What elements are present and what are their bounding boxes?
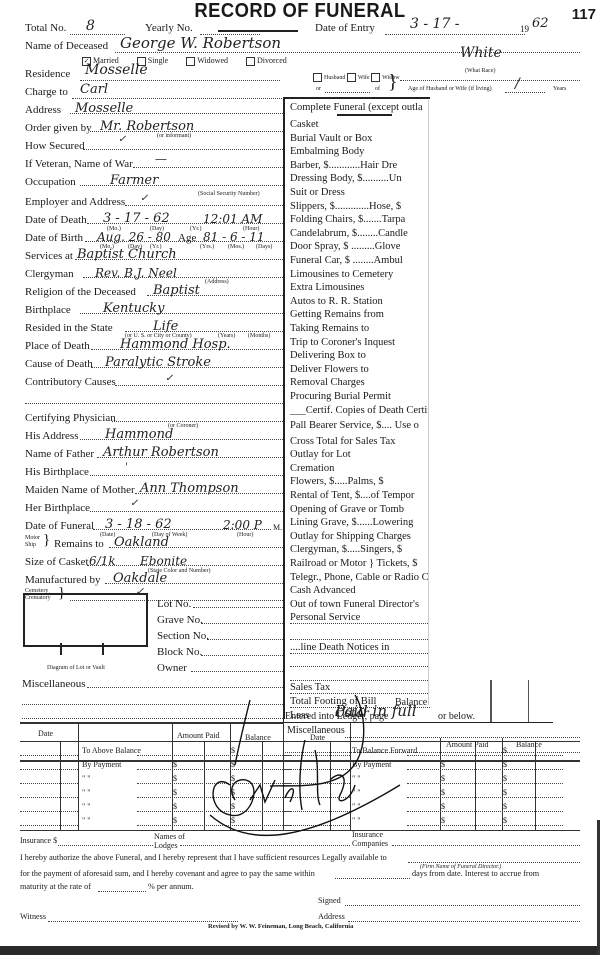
checkbox-husband[interactable] <box>313 73 322 82</box>
left-date-cell[interactable] <box>20 783 78 784</box>
signed-label: Signed <box>318 896 341 905</box>
services-row: Services at Baptist Church <box>25 247 283 263</box>
how-secured-label: How Secured <box>25 140 85 152</box>
right-balance-dollar: $ <box>503 802 507 811</box>
charge-item: Cremation <box>290 463 334 474</box>
charge-item: Suit or Dress <box>290 187 345 198</box>
charge-item: Railroad or Motor } Tickets, $ <box>290 558 418 569</box>
page-number: 117 <box>572 6 596 23</box>
charge-item: Limousines to Cemetery <box>290 269 393 280</box>
order-given-label: Order given by <box>25 122 92 134</box>
paid-signature-scrawl <box>190 690 410 850</box>
cause-of-death-row: Cause of Death Paralytic Stroke <box>25 355 283 371</box>
contributory-row: Contributory Causes ✓ <box>25 373 283 389</box>
race-value[interactable]: White <box>460 45 502 61</box>
signature-value: Paid in full <box>205 796 210 797</box>
order-given-value[interactable]: Mr. Robertson <box>100 119 194 134</box>
remains-value[interactable]: Oakland <box>114 535 169 550</box>
his-birthplace-line <box>90 475 283 476</box>
cause-value[interactable]: Paralytic Stroke <box>105 355 211 370</box>
block-no-row: Block No. <box>157 643 283 659</box>
charge-item: Candelabrum, $........Candle <box>290 228 408 239</box>
how-secured-value[interactable]: ✓ <box>118 134 126 145</box>
charge-item-line[interactable] <box>290 666 430 667</box>
lot-no-label: Lot No. <box>157 598 191 610</box>
his-birthplace-row: His Birthplace ' <box>25 463 283 479</box>
misc-left-line <box>87 687 283 688</box>
block-no-line <box>201 655 283 656</box>
mother-value[interactable]: Ann Thompson <box>140 481 239 496</box>
checkbox-widowed-box[interactable] <box>186 57 195 66</box>
veteran-value[interactable]: — <box>155 152 167 166</box>
charge-item: Embalming Body <box>290 146 364 157</box>
charges-heading-underline <box>337 114 392 116</box>
ledger-tick-2 <box>528 680 529 722</box>
misc-left-row: Miscellaneous <box>22 675 283 691</box>
age-value[interactable]: 81 - 6 - 11 <box>203 230 265 244</box>
religion-row: Religion of the Deceased Baptist <box>25 283 283 299</box>
contributory-value[interactable]: ✓ <box>165 373 173 384</box>
right-amount-line[interactable] <box>407 755 563 756</box>
right-amount-dollar: $ <box>441 816 445 825</box>
date-of-entry-label: Date of Entry <box>315 22 375 34</box>
charge-item: Extra Limousines <box>290 282 364 293</box>
charge-item: Flowers, $.....Palms, $ <box>290 476 384 487</box>
spouse-of: of <box>375 86 380 92</box>
address-label: Address <box>25 104 61 116</box>
name-value[interactable]: George W. Robertson <box>120 34 281 52</box>
right-amount-dollar: $ <box>441 788 445 797</box>
date-of-birth-value[interactable]: Aug. 26 - 80 <box>97 230 171 244</box>
clergyman-label: Clergyman <box>25 268 74 280</box>
physician-label: Certifying Physician <box>25 412 116 424</box>
section-no-row: Section No. <box>157 627 283 643</box>
casket-size-value[interactable]: 6/1k <box>89 554 116 568</box>
right-amount-line[interactable] <box>407 811 563 812</box>
remains-row: Remains to Oakland <box>54 535 283 551</box>
right-amount-line[interactable] <box>407 825 563 826</box>
charges-panel: Complete Funeral (except outla CasketBur… <box>283 97 430 719</box>
spouse-options: Husband Wife Widow <box>313 73 400 82</box>
address-row: Address Mosselle <box>25 101 283 117</box>
funeral-date-label: Date of Funeral <box>25 520 94 532</box>
right-balance-dollar: $ <box>503 816 507 825</box>
charge-item: Getting Remains from <box>290 309 384 320</box>
her-birthplace-value[interactable]: ✓ <box>130 498 138 509</box>
father-label: Name of Father <box>25 448 94 460</box>
date-of-death-value[interactable]: 3 - 17 - 62 <box>103 211 170 226</box>
right-balance-dollar: $ <box>503 746 507 755</box>
left-date-cell[interactable] <box>20 755 78 756</box>
spouse-age-value[interactable]: / <box>515 76 520 92</box>
left-amount-dollar: $ <box>173 774 177 783</box>
left-date-cell[interactable] <box>20 811 78 812</box>
checkbox-wife[interactable] <box>347 73 356 82</box>
mother-label: Maiden Name of Mother <box>25 484 135 496</box>
agreement-line-3b: % per annum. <box>148 882 194 891</box>
witness-line[interactable] <box>48 921 238 922</box>
occupation-value[interactable]: Farmer <box>110 173 158 188</box>
veteran-label: If Veteran, Name of War <box>25 158 133 170</box>
spouse-or: or <box>316 86 321 92</box>
birthplace-value[interactable]: Kentucky <box>103 301 165 316</box>
total-no-label: Total No. <box>25 22 66 34</box>
charge-item: Rental of Tent, $....of Tempor <box>290 490 414 501</box>
charge-item: Cash Advanced <box>290 585 356 596</box>
employer-value[interactable]: ✓ <box>140 193 148 204</box>
lot-diagram-caption: Diagram of Lot or Vault <box>47 665 105 671</box>
spouse-brace: } <box>388 72 398 92</box>
charge-to-value[interactable]: Carl <box>80 82 108 97</box>
resided-value[interactable]: Life <box>153 319 178 334</box>
charge-item: Out of town Funeral Director's <box>290 599 419 610</box>
blank-overlay-paper <box>428 100 600 705</box>
employer-line <box>125 205 283 206</box>
name-label: Name of Deceased <box>25 40 108 52</box>
lot-diagram-gap <box>62 639 102 645</box>
charge-to-line <box>72 98 282 99</box>
funeral-m: M. <box>273 523 282 532</box>
owner-label: Owner <box>157 662 187 674</box>
signer-address-label: Address <box>318 912 345 921</box>
spouse-age-line <box>505 92 545 93</box>
left-row-label: By Payment <box>82 760 121 769</box>
motor-ship-brace: } <box>43 532 50 549</box>
year-prefix: 19 <box>520 24 529 34</box>
charge-item: Taking Remains to <box>290 323 369 334</box>
religion-value[interactable]: Baptist <box>153 283 200 298</box>
agreement-line-2b: days from date. Interest to accrue from <box>412 869 539 878</box>
companies-line <box>392 845 580 846</box>
grave-no-row: Grave No. <box>157 611 283 627</box>
date-of-entry-line <box>385 34 525 35</box>
title-underline <box>218 30 298 32</box>
charge-item: Trip to Coroner's Inquest <box>290 337 395 348</box>
wife-label: Wife <box>358 75 370 81</box>
charge-item: Removal Charges <box>290 377 365 388</box>
physician-line <box>112 421 283 422</box>
father-value[interactable]: Arthur Robertson <box>103 445 219 460</box>
funeral-director-line <box>408 862 580 863</box>
charge-item: Outlay for Lot <box>290 449 351 460</box>
date-of-birth-label: Date of Birth <box>25 232 83 244</box>
charge-item-line[interactable] <box>290 639 430 640</box>
charge-item: Lining Grave, $......Lowering <box>290 517 413 528</box>
charge-item: Autos to R. R. Station <box>290 296 383 307</box>
charge-item: Burial Vault or Box <box>290 133 372 144</box>
checkbox-widowed[interactable]: Widowed <box>186 56 228 65</box>
scan-bottom-edge <box>0 946 600 955</box>
how-secured-row: How Secured ✓ <box>25 137 283 153</box>
charges-heading: Complete Funeral (except outla <box>290 102 423 113</box>
right-header-balance: Balance <box>516 740 542 749</box>
right-amount-dollar: $ <box>441 802 445 811</box>
left-row-label: " " <box>82 816 91 825</box>
charge-item: Folding Chairs, $.......Tarpa <box>290 214 405 225</box>
place-of-death-label: Place of Death <box>25 340 90 352</box>
left-row-label: " " <box>82 788 91 797</box>
right-balance-dollar: $ <box>503 788 507 797</box>
left-header-date: Date <box>38 729 53 738</box>
charge-item-line[interactable] <box>290 623 430 624</box>
left-date-cell[interactable] <box>20 797 78 798</box>
days-line <box>335 878 410 879</box>
right-amount-line[interactable] <box>407 769 563 770</box>
contributory-line-2 <box>25 403 283 404</box>
his-address-row: His Address Hammond <box>25 427 283 443</box>
order-given-row: Order given by Mr. Robertson <box>25 119 283 135</box>
charge-item: Telegr., Phone, Cable or Radio C <box>290 572 429 583</box>
witness-label: Witness <box>20 912 46 921</box>
total-no-value[interactable]: 8 <box>86 18 95 34</box>
widowed-label: Widowed <box>197 56 228 65</box>
his-address-value[interactable]: Hammond <box>105 427 173 442</box>
charge-item: Procuring Burial Permit <box>290 391 391 402</box>
signed-line[interactable] <box>345 905 580 906</box>
casket-style-value[interactable]: Ebonite <box>140 554 187 568</box>
agreement-line-2a: for the payment of aforesaid sum, and I … <box>20 869 315 878</box>
lot-diagram-leg-left <box>60 643 62 655</box>
block-no-label: Block No. <box>157 646 202 658</box>
veteran-row: If Veteran, Name of War — <box>25 155 283 171</box>
owner-line <box>191 671 283 672</box>
year-value[interactable]: 62 <box>532 16 549 31</box>
yearly-no-label: Yearly No. <box>145 22 193 34</box>
charge-item: Funeral Car, $ ........Ambul <box>290 255 403 266</box>
charge-item: Outlay for Shipping Charges <box>290 531 411 542</box>
agreement-line-1: I hereby authorize the above Funeral, an… <box>20 853 387 862</box>
contributory-row-2 <box>25 391 283 407</box>
left-row-label: " " <box>82 802 91 811</box>
cause-label: Cause of Death <box>25 358 93 370</box>
grave-no-label: Grave No. <box>157 614 203 626</box>
right-header-amount: Amount Paid <box>446 740 488 749</box>
her-birthplace-line <box>90 511 283 512</box>
charge-item: Clergyman, $.....Singers, $ <box>290 544 402 555</box>
rate-line <box>98 891 146 892</box>
owner-row: Owner <box>157 659 283 675</box>
single-label: Single <box>148 56 168 65</box>
left-date-cell[interactable] <box>20 825 78 826</box>
right-amount-line[interactable] <box>407 797 563 798</box>
charge-item-line[interactable] <box>290 653 430 654</box>
date-of-death-row: Date of Death 3 - 17 - 62 12:01 AM <box>25 211 283 227</box>
form-footer: Revised by W. W. Feineman, Long Beach, C… <box>208 923 353 930</box>
charge-item: Barber, $............Hair Dre <box>290 160 397 171</box>
charge-item: Delivering Box to <box>290 350 366 361</box>
left-row-label: " " <box>82 774 91 783</box>
his-birthplace-value[interactable]: ' <box>125 462 128 473</box>
date-of-entry-value[interactable]: 3 - 17 - <box>410 16 460 32</box>
charge-item: Dressing Body, $..........Un <box>290 173 402 184</box>
father-row: Name of Father Arthur Robertson <box>25 445 283 461</box>
date-of-birth-row: Date of Birth Aug. 26 - 80 Age 81 - 6 - … <box>25 229 283 245</box>
charge-item: Slippers, $.............Hose, $ <box>290 201 401 212</box>
date-of-death-label: Date of Death <box>25 214 87 226</box>
manufactured-value[interactable]: Oakdale <box>113 571 167 586</box>
charge-to-label: Charge to <box>25 86 68 98</box>
birthplace-label: Birthplace <box>25 304 71 316</box>
funeral-date-row: Date of Funeral 3 - 18 - 62 2:00 P M. <box>25 517 283 533</box>
charge-item: Cross Total for Sales Tax <box>290 436 395 447</box>
address-value[interactable]: Mosselle <box>75 101 133 116</box>
occupation-row: Occupation Farmer <box>25 173 283 189</box>
clergyman-row: Clergyman Rev. B.J. Neel <box>25 265 283 281</box>
left-amount-dollar: $ <box>173 788 177 797</box>
name-line <box>115 52 580 53</box>
checkbox-divorced[interactable]: Divorced <box>246 56 287 65</box>
her-birthplace-label: Her Birthplace <box>25 502 90 514</box>
section-no-label: Section No. <box>157 630 209 642</box>
occupation-label: Occupation <box>25 176 76 188</box>
section-no-line <box>207 639 283 640</box>
total-no-line <box>70 34 125 35</box>
contributory-label: Contributory Causes <box>25 376 116 388</box>
how-secured-line <box>83 149 283 150</box>
right-balance-dollar: $ <box>503 760 507 769</box>
agreement-line-3a: maturity at the rate of <box>20 882 91 891</box>
left-date-cell[interactable] <box>20 769 78 770</box>
time-of-death-value[interactable]: 12:01 AM <box>203 212 262 226</box>
charge-item: ___Certif. Copies of Death Certif <box>290 405 430 416</box>
physician-row: Certifying Physician <box>25 409 283 425</box>
her-birthplace-row: Her Birthplace ✓ <box>25 499 283 515</box>
panel-left-border-ext <box>283 97 284 757</box>
lot-no-row: Lot No. <box>157 595 283 611</box>
residence-line <box>80 80 280 81</box>
lodges-label: Names of Lodges <box>154 832 194 850</box>
checkbox-divorced-box[interactable] <box>246 57 255 66</box>
contributory-line <box>115 385 283 386</box>
clergyman-value[interactable]: Rev. B.J. Neel <box>95 266 177 280</box>
casket-label: Size of Casket <box>25 556 89 568</box>
charge-item: ....line Death Notices in <box>290 642 389 653</box>
husband-label: Husband <box>324 75 345 81</box>
right-balance-dollar: $ <box>503 774 507 783</box>
spouse-line <box>400 80 580 81</box>
his-address-label: His Address <box>25 430 78 442</box>
services-label: Services at <box>25 250 73 262</box>
race-caption: (What Race) <box>465 68 495 74</box>
resided-label: Resided in the State <box>25 322 113 334</box>
checkbox-widow[interactable] <box>371 73 380 82</box>
divorced-label: Divorced <box>257 56 287 65</box>
religion-label: Religion of the Deceased <box>25 286 136 298</box>
left-desc-divider <box>78 722 79 830</box>
ledger-or-below: or below. <box>438 711 475 722</box>
left-amount-dollar: $ <box>173 802 177 811</box>
birthplace-row: Birthplace Kentucky <box>25 301 283 317</box>
charge-item: Casket <box>290 119 319 130</box>
signer-address-line[interactable] <box>348 921 580 922</box>
right-amount-dollar: $ <box>441 760 445 769</box>
right-amount-line[interactable] <box>407 783 563 784</box>
charge-item: Personal Service <box>290 612 360 623</box>
charge-item: Deliver Flowers to <box>290 364 369 375</box>
funeral-date-value[interactable]: 3 - 18 - 62 <box>105 517 172 532</box>
residence-label: Residence <box>25 68 70 80</box>
mother-row: Maiden Name of Mother Ann Thompson <box>25 481 283 497</box>
spouse-age-unit: Years <box>553 86 566 92</box>
ledger-tick-1 <box>490 680 492 722</box>
spouse-name-line <box>325 92 370 93</box>
form-title: RECORD OF FUNERAL <box>24 0 576 23</box>
spouse-age-label: Age of Husband or Wife (if living) <box>408 86 492 92</box>
his-birthplace-label: His Birthplace <box>25 466 89 478</box>
lot-no-line <box>193 607 283 608</box>
residence-value[interactable]: Mosselle <box>85 62 148 78</box>
employer-label: Employer and Address <box>25 196 125 208</box>
lot-diagram-leg-right <box>102 643 104 655</box>
funeral-time-value[interactable]: 2:00 P <box>223 518 262 532</box>
place-of-death-row: Place of Death Hammond Hosp. <box>25 337 283 353</box>
charge-item: Door Spray, $ .........Glove <box>290 241 400 252</box>
veteran-line <box>133 167 283 168</box>
left-amount-dollar: $ <box>173 816 177 825</box>
age-label: Age <box>178 232 196 244</box>
grave-no-line <box>201 623 283 624</box>
charge-item-line[interactable] <box>290 680 430 681</box>
services-value[interactable]: Baptist Church <box>77 247 177 262</box>
misc-left-label: Miscellaneous <box>22 678 86 690</box>
motor-ship-label: Motor Ship <box>25 535 40 549</box>
employer-row: Employer and Address ✓ <box>25 193 283 209</box>
remains-label: Remains to <box>54 538 104 550</box>
insurance-line <box>58 845 153 846</box>
charge-item: Pall Bearer Service, $.... Use o <box>290 420 419 431</box>
left-row-label: To Above Balance <box>82 746 141 755</box>
casket-row: Size of Casket 6/1k Ebonite <box>25 553 283 569</box>
lodges-line <box>180 845 350 846</box>
charge-item: Opening of Grave or Tomb <box>290 504 404 515</box>
left-amount-dollar: $ <box>173 760 177 769</box>
insurance-label: Insurance $ <box>20 836 57 845</box>
resided-line <box>125 331 283 332</box>
right-amount-dollar: $ <box>441 774 445 783</box>
place-of-death-value[interactable]: Hammond Hosp. <box>120 337 231 352</box>
